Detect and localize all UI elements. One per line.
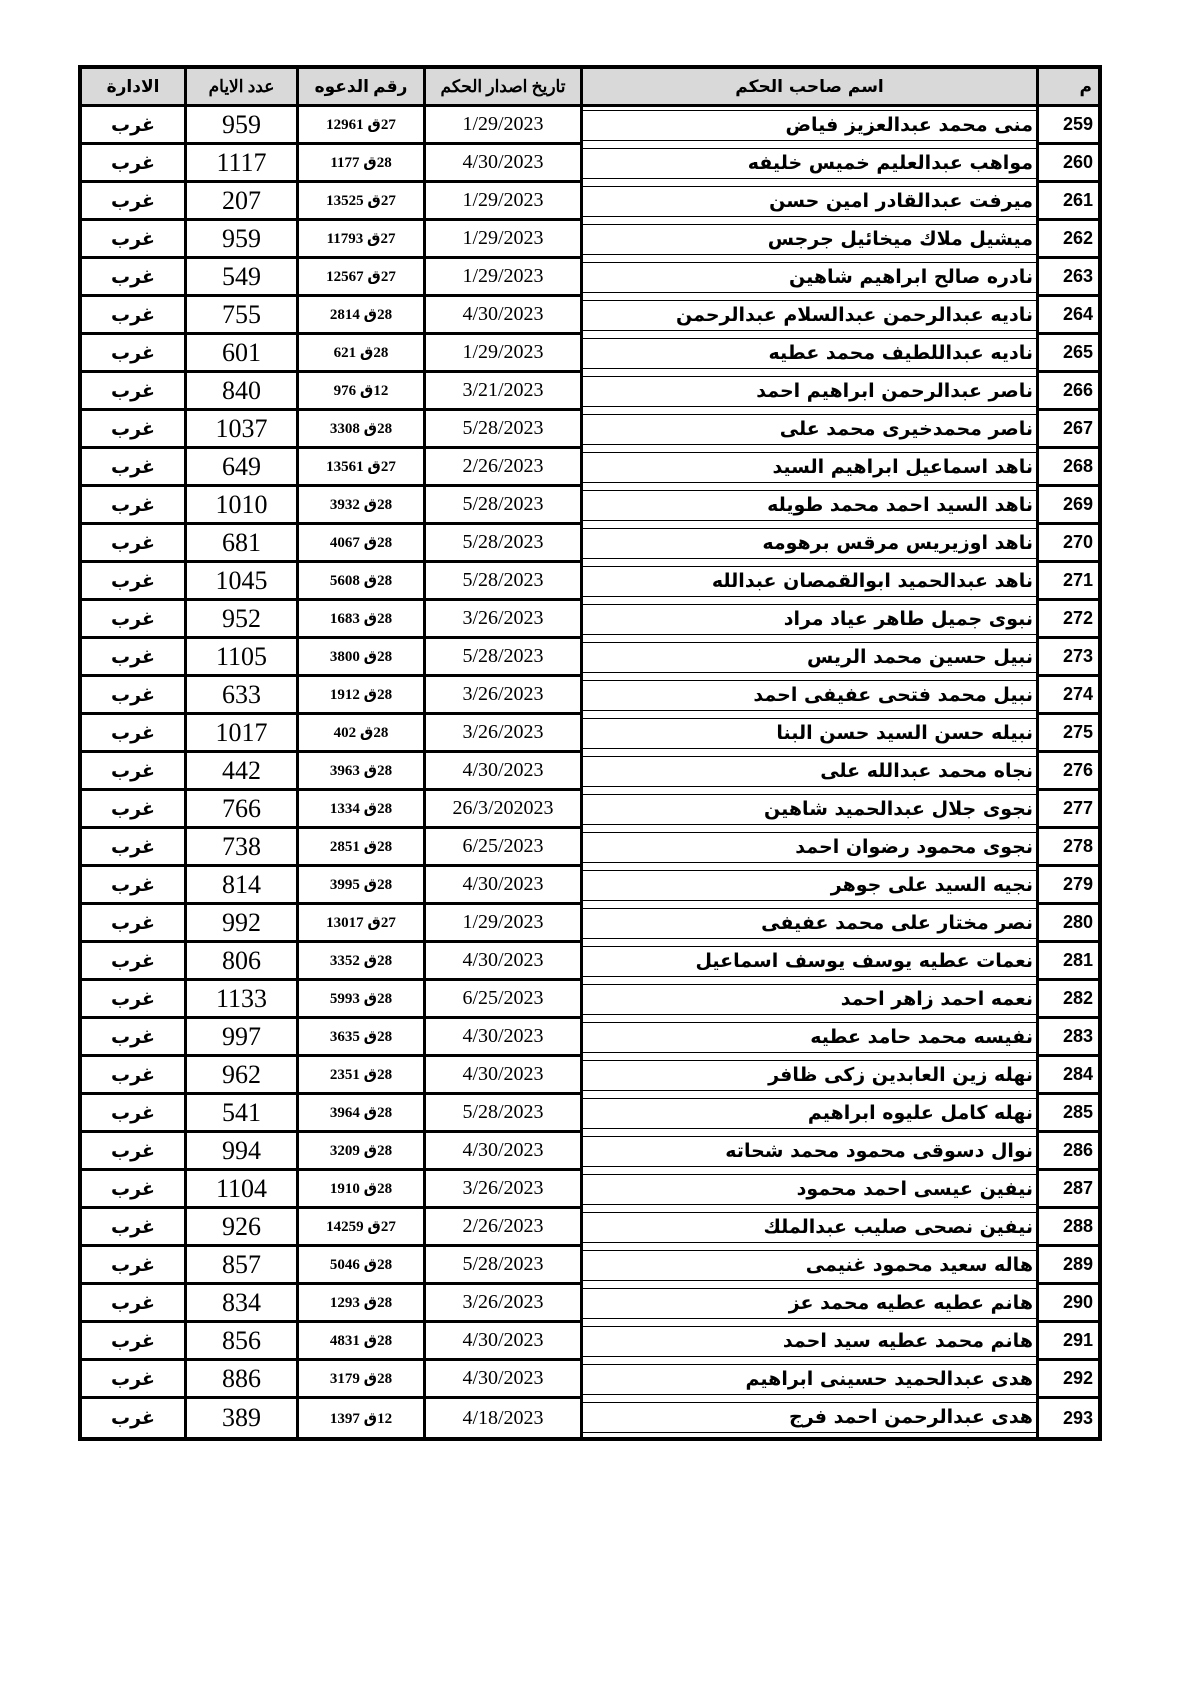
name-cell: نجوى محمود رضوان احمد: [580, 829, 1036, 867]
name-cell: ميشيل ملاك ميخائيل جرجس: [580, 221, 1036, 259]
serial-cell: 277: [1036, 791, 1098, 829]
case-number-cell: 28ق 1912: [296, 677, 423, 715]
days-cell: 541: [184, 1095, 296, 1133]
table-row: 290 هانم عطيه عطيه محمد عز 3/26/2023 28ق…: [82, 1285, 1098, 1323]
name-cell: ناهد عبدالحميد ابوالقمصان عبدالله: [580, 563, 1036, 601]
admin-cell: غرب: [82, 753, 184, 791]
days-cell: 207: [184, 183, 296, 221]
date-cell: 3/26/2023: [423, 1171, 580, 1209]
days-cell: 992: [184, 905, 296, 943]
admin-cell: غرب: [82, 411, 184, 449]
days-cell: 389: [184, 1399, 296, 1437]
table-row: 281 نعمات عطيه يوسف يوسف اسماعيل 4/30/20…: [82, 943, 1098, 981]
name-cell: نبيل حسين محمد الريس: [580, 639, 1036, 677]
serial-cell: 278: [1036, 829, 1098, 867]
table-row: 263 نادره صالح ابراهيم شاهين 1/29/2023 2…: [82, 259, 1098, 297]
name-cell: نبوى جميل طاهر عياد مراد: [580, 601, 1036, 639]
case-number-cell: 28ق 5993: [296, 981, 423, 1019]
serial-cell: 264: [1036, 297, 1098, 335]
serial-cell: 270: [1036, 525, 1098, 563]
case-number-cell: 28ق 3932: [296, 487, 423, 525]
case-number-cell: 27ق 13561: [296, 449, 423, 487]
table-row: 271 ناهد عبدالحميد ابوالقمصان عبدالله 5/…: [82, 563, 1098, 601]
date-cell: 3/26/2023: [423, 601, 580, 639]
days-cell: 1133: [184, 981, 296, 1019]
admin-cell: غرب: [82, 259, 184, 297]
name-text: منى محمد عبدالعزيز فياض: [583, 110, 1036, 141]
date-cell: 4/30/2023: [423, 867, 580, 905]
admin-cell: غرب: [82, 905, 184, 943]
name-text: نجاه محمد عبدالله على: [583, 756, 1036, 787]
days-cell: 549: [184, 259, 296, 297]
case-number-cell: 28ق 2851: [296, 829, 423, 867]
name-cell: ناهد السيد احمد محمد طويله: [580, 487, 1036, 525]
name-cell: ناديه عبدالرحمن عبدالسلام عبدالرحمن: [580, 297, 1036, 335]
name-cell: منى محمد عبدالعزيز فياض: [580, 107, 1036, 145]
date-cell: 6/25/2023: [423, 981, 580, 1019]
table-row: 291 هانم محمد عطيه سيد احمد 4/30/2023 28…: [82, 1323, 1098, 1361]
name-text: ناصر محمدخيرى محمد على: [583, 414, 1036, 445]
serial-cell: 266: [1036, 373, 1098, 411]
admin-cell: غرب: [82, 1247, 184, 1285]
admin-cell: غرب: [82, 715, 184, 753]
serial-cell: 265: [1036, 335, 1098, 373]
name-text: نهله زين العابدين زكى ظافر: [583, 1060, 1036, 1091]
date-cell: 1/29/2023: [423, 335, 580, 373]
name-cell: ناهد اوزيريس مرقس برهومه: [580, 525, 1036, 563]
date-cell: 1/29/2023: [423, 905, 580, 943]
table-row: 259 منى محمد عبدالعزيز فياض 1/29/2023 27…: [82, 107, 1098, 145]
name-cell: نيفين نصحى صليب عبدالملك: [580, 1209, 1036, 1247]
case-number-cell: 28ق 3179: [296, 1361, 423, 1399]
admin-cell: غرب: [82, 1285, 184, 1323]
days-cell: 962: [184, 1057, 296, 1095]
days-cell: 952: [184, 601, 296, 639]
serial-cell: 288: [1036, 1209, 1098, 1247]
serial-cell: 281: [1036, 943, 1098, 981]
days-cell: 959: [184, 107, 296, 145]
name-cell: نفيسه محمد حامد عطيه: [580, 1019, 1036, 1057]
name-text: نبيل حسين محمد الريس: [583, 642, 1036, 673]
name-cell: ناصر محمدخيرى محمد على: [580, 411, 1036, 449]
case-number-cell: 28ق 3352: [296, 943, 423, 981]
serial-cell: 276: [1036, 753, 1098, 791]
column-header-serial: م: [1036, 69, 1098, 107]
serial-cell: 262: [1036, 221, 1098, 259]
name-text: نبيل محمد فتحى عفيفى احمد: [583, 680, 1036, 711]
case-number-cell: 28ق 2351: [296, 1057, 423, 1095]
name-text: مواهب عبدالعليم خميس خليفه: [583, 148, 1036, 179]
case-number-cell: 27ق 13525: [296, 183, 423, 221]
case-number-cell: 28ق 621: [296, 335, 423, 373]
case-number-cell: 28ق 4067: [296, 525, 423, 563]
serial-cell: 283: [1036, 1019, 1098, 1057]
case-number-cell: 28ق 1910: [296, 1171, 423, 1209]
date-cell: 6/25/2023: [423, 829, 580, 867]
serial-cell: 267: [1036, 411, 1098, 449]
date-cell: 4/18/2023: [423, 1399, 580, 1437]
name-cell: نادره صالح ابراهيم شاهين: [580, 259, 1036, 297]
name-cell: هانم عطيه عطيه محمد عز: [580, 1285, 1036, 1323]
table-row: 289 هاله سعيد محمود غنيمى 5/28/2023 28ق …: [82, 1247, 1098, 1285]
admin-cell: غرب: [82, 943, 184, 981]
case-number-cell: 28ق 3209: [296, 1133, 423, 1171]
days-cell: 1017: [184, 715, 296, 753]
case-number-cell: 28ق 3635: [296, 1019, 423, 1057]
days-cell: 755: [184, 297, 296, 335]
name-text: ناهد السيد احمد محمد طويله: [583, 490, 1036, 521]
table-row: 275 نبيله حسن السيد حسن البنا 3/26/2023 …: [82, 715, 1098, 753]
admin-cell: غرب: [82, 1171, 184, 1209]
table-row: 265 ناديه عبداللطيف محمد عطيه 1/29/2023 …: [82, 335, 1098, 373]
name-cell: نعمات عطيه يوسف يوسف اسماعيل: [580, 943, 1036, 981]
admin-cell: غرب: [82, 107, 184, 145]
case-number-cell: 28ق 1683: [296, 601, 423, 639]
days-cell: 1037: [184, 411, 296, 449]
column-header-case-number: رقم الدعوه: [296, 69, 423, 107]
name-cell: نيفين عيسى احمد محمود: [580, 1171, 1036, 1209]
date-cell: 5/28/2023: [423, 487, 580, 525]
name-cell: هانم محمد عطيه سيد احمد: [580, 1323, 1036, 1361]
name-cell: نعمه احمد زاهر احمد: [580, 981, 1036, 1019]
table-row: 292 هدى عبدالحميد حسينى ابراهيم 4/30/202…: [82, 1361, 1098, 1399]
admin-cell: غرب: [82, 677, 184, 715]
admin-cell: غرب: [82, 829, 184, 867]
days-cell: 681: [184, 525, 296, 563]
admin-cell: غرب: [82, 791, 184, 829]
admin-cell: غرب: [82, 487, 184, 525]
admin-cell: غرب: [82, 525, 184, 563]
case-number-cell: 27ق 11793: [296, 221, 423, 259]
date-cell: 2/26/2023: [423, 449, 580, 487]
name-cell: نجوى جلال عبدالحميد شاهين: [580, 791, 1036, 829]
days-cell: 442: [184, 753, 296, 791]
admin-cell: غرب: [82, 449, 184, 487]
table-row: 286 نوال دسوقى محمود محمد شحاته 4/30/202…: [82, 1133, 1098, 1171]
serial-cell: 284: [1036, 1057, 1098, 1095]
name-text: نفيسه محمد حامد عطيه: [583, 1022, 1036, 1053]
case-number-cell: 27ق 14259: [296, 1209, 423, 1247]
table-row: 277 نجوى جلال عبدالحميد شاهين 26/3/20202…: [82, 791, 1098, 829]
name-text: نيفين عيسى احمد محمود: [583, 1174, 1036, 1205]
case-number-cell: 28ق 4831: [296, 1323, 423, 1361]
date-cell: 4/30/2023: [423, 943, 580, 981]
table-row: 279 نجيه السيد على جوهر 4/30/2023 28ق 39…: [82, 867, 1098, 905]
days-cell: 1117: [184, 145, 296, 183]
serial-cell: 260: [1036, 145, 1098, 183]
table-row: 260 مواهب عبدالعليم خميس خليفه 4/30/2023…: [82, 145, 1098, 183]
admin-cell: غرب: [82, 1095, 184, 1133]
date-cell: 3/21/2023: [423, 373, 580, 411]
days-cell: 997: [184, 1019, 296, 1057]
date-cell: 4/30/2023: [423, 1361, 580, 1399]
date-cell: 2/26/2023: [423, 1209, 580, 1247]
name-cell: نبيل محمد فتحى عفيفى احمد: [580, 677, 1036, 715]
case-number-cell: 28ق 3964: [296, 1095, 423, 1133]
serial-cell: 287: [1036, 1171, 1098, 1209]
date-cell: 5/28/2023: [423, 411, 580, 449]
serial-cell: 263: [1036, 259, 1098, 297]
days-cell: 857: [184, 1247, 296, 1285]
case-number-cell: 28ق 5046: [296, 1247, 423, 1285]
days-cell: 994: [184, 1133, 296, 1171]
name-text: ناديه عبداللطيف محمد عطيه: [583, 338, 1036, 369]
column-header-date: تاريخ اصدار الحكم: [423, 69, 580, 107]
table-row: 288 نيفين نصحى صليب عبدالملك 2/26/2023 2…: [82, 1209, 1098, 1247]
name-text: ناديه عبدالرحمن عبدالسلام عبدالرحمن: [583, 300, 1036, 331]
serial-cell: 273: [1036, 639, 1098, 677]
name-cell: نبيله حسن السيد حسن البنا: [580, 715, 1036, 753]
admin-cell: غرب: [82, 1133, 184, 1171]
date-cell: 5/28/2023: [423, 563, 580, 601]
name-text: نوال دسوقى محمود محمد شحاته: [583, 1136, 1036, 1167]
table-body: 259 منى محمد عبدالعزيز فياض 1/29/2023 27…: [82, 107, 1098, 1437]
case-number-cell: 28ق 3995: [296, 867, 423, 905]
column-header-days: عدد الايام: [184, 69, 296, 107]
date-cell: 3/26/2023: [423, 1285, 580, 1323]
serial-cell: 269: [1036, 487, 1098, 525]
name-cell: هدى عبدالحميد حسينى ابراهيم: [580, 1361, 1036, 1399]
name-cell: نهله كامل عليوه ابراهيم: [580, 1095, 1036, 1133]
name-text: هدى عبدالحميد حسينى ابراهيم: [583, 1364, 1036, 1395]
date-cell: 4/30/2023: [423, 1057, 580, 1095]
serial-cell: 290: [1036, 1285, 1098, 1323]
name-text: نعمه احمد زاهر احمد: [583, 984, 1036, 1015]
column-header-admin: الادارة: [82, 69, 184, 107]
days-cell: 1105: [184, 639, 296, 677]
admin-cell: غرب: [82, 601, 184, 639]
days-cell: 806: [184, 943, 296, 981]
name-text: هاله سعيد محمود غنيمى: [583, 1250, 1036, 1281]
name-cell: نجيه السيد على جوهر: [580, 867, 1036, 905]
admin-cell: غرب: [82, 1361, 184, 1399]
case-number-cell: 27ق 12567: [296, 259, 423, 297]
name-cell: نصر مختار على محمد عفيفى: [580, 905, 1036, 943]
date-cell: 4/30/2023: [423, 1133, 580, 1171]
days-cell: 959: [184, 221, 296, 259]
admin-cell: غرب: [82, 563, 184, 601]
case-number-cell: 28ق 3800: [296, 639, 423, 677]
name-text: ميرفت عبدالقادر امين حسن: [583, 186, 1036, 217]
table-row: 280 نصر مختار على محمد عفيفى 1/29/2023 2…: [82, 905, 1098, 943]
days-cell: 633: [184, 677, 296, 715]
name-cell: مواهب عبدالعليم خميس خليفه: [580, 145, 1036, 183]
date-cell: 4/30/2023: [423, 1323, 580, 1361]
name-text: نادره صالح ابراهيم شاهين: [583, 262, 1036, 293]
admin-cell: غرب: [82, 867, 184, 905]
name-cell: ناهد اسماعيل ابراهيم السيد: [580, 449, 1036, 487]
name-text: ناهد اسماعيل ابراهيم السيد: [583, 452, 1036, 483]
days-cell: 1010: [184, 487, 296, 525]
days-cell: 1045: [184, 563, 296, 601]
date-cell: 1/29/2023: [423, 221, 580, 259]
name-text: ناهد اوزيريس مرقس برهومه: [583, 528, 1036, 559]
date-cell: 4/30/2023: [423, 753, 580, 791]
admin-cell: غرب: [82, 1399, 184, 1437]
name-text: نجوى محمود رضوان احمد: [583, 832, 1036, 863]
table-row: 272 نبوى جميل طاهر عياد مراد 3/26/2023 2…: [82, 601, 1098, 639]
table-row: 282 نعمه احمد زاهر احمد 6/25/2023 28ق 59…: [82, 981, 1098, 1019]
table-row: 269 ناهد السيد احمد محمد طويله 5/28/2023…: [82, 487, 1098, 525]
judgments-table: م اسم صاحب الحكم تاريخ اصدار الحكم رقم ا…: [78, 65, 1102, 1441]
date-cell: 4/30/2023: [423, 297, 580, 335]
days-cell: 649: [184, 449, 296, 487]
table-row: 287 نيفين عيسى احمد محمود 3/26/2023 28ق …: [82, 1171, 1098, 1209]
date-cell: 3/26/2023: [423, 677, 580, 715]
case-number-cell: 28ق 5608: [296, 563, 423, 601]
admin-cell: غرب: [82, 373, 184, 411]
admin-cell: غرب: [82, 1209, 184, 1247]
name-text: نهله كامل عليوه ابراهيم: [583, 1098, 1036, 1129]
admin-cell: غرب: [82, 981, 184, 1019]
table-row: 264 ناديه عبدالرحمن عبدالسلام عبدالرحمن …: [82, 297, 1098, 335]
serial-cell: 261: [1036, 183, 1098, 221]
serial-cell: 285: [1036, 1095, 1098, 1133]
table-row: 261 ميرفت عبدالقادر امين حسن 1/29/2023 2…: [82, 183, 1098, 221]
table-row: 278 نجوى محمود رضوان احمد 6/25/2023 28ق …: [82, 829, 1098, 867]
admin-cell: غرب: [82, 1019, 184, 1057]
serial-cell: 274: [1036, 677, 1098, 715]
case-number-cell: 12ق 976: [296, 373, 423, 411]
days-cell: 814: [184, 867, 296, 905]
case-number-cell: 28ق 1293: [296, 1285, 423, 1323]
name-text: نيفين نصحى صليب عبدالملك: [583, 1212, 1036, 1243]
name-text: هدى عبدالرحمن احمد فرج: [583, 1402, 1036, 1433]
table-row: 293 هدى عبدالرحمن احمد فرج 4/18/2023 12ق…: [82, 1399, 1098, 1437]
serial-cell: 268: [1036, 449, 1098, 487]
days-cell: 926: [184, 1209, 296, 1247]
admin-cell: غرب: [82, 297, 184, 335]
date-cell: 5/28/2023: [423, 639, 580, 677]
table-row: 266 ناصر عبدالرحمن ابراهيم احمد 3/21/202…: [82, 373, 1098, 411]
table-row: 270 ناهد اوزيريس مرقس برهومه 5/28/2023 2…: [82, 525, 1098, 563]
case-number-cell: 28ق 2814: [296, 297, 423, 335]
table-row: 267 ناصر محمدخيرى محمد على 5/28/2023 28ق…: [82, 411, 1098, 449]
column-header-name: اسم صاحب الحكم: [580, 69, 1036, 107]
name-cell: هاله سعيد محمود غنيمى: [580, 1247, 1036, 1285]
admin-cell: غرب: [82, 1057, 184, 1095]
days-cell: 1104: [184, 1171, 296, 1209]
admin-cell: غرب: [82, 221, 184, 259]
header-row: م اسم صاحب الحكم تاريخ اصدار الحكم رقم ا…: [82, 69, 1098, 107]
days-cell: 856: [184, 1323, 296, 1361]
date-cell: 3/26/2023: [423, 715, 580, 753]
name-text: نجيه السيد على جوهر: [583, 870, 1036, 901]
days-cell: 766: [184, 791, 296, 829]
case-number-cell: 28ق 1177: [296, 145, 423, 183]
table-row: 262 ميشيل ملاك ميخائيل جرجس 1/29/2023 27…: [82, 221, 1098, 259]
serial-cell: 286: [1036, 1133, 1098, 1171]
serial-cell: 279: [1036, 867, 1098, 905]
name-text: ناصر عبدالرحمن ابراهيم احمد: [583, 376, 1036, 407]
case-number-cell: 12ق 1397: [296, 1399, 423, 1437]
serial-cell: 280: [1036, 905, 1098, 943]
name-text: هانم عطيه عطيه محمد عز: [583, 1288, 1036, 1319]
table-row: 284 نهله زين العابدين زكى ظافر 4/30/2023…: [82, 1057, 1098, 1095]
name-text: نصر مختار على محمد عفيفى: [583, 908, 1036, 939]
name-text: ميشيل ملاك ميخائيل جرجس: [583, 224, 1036, 255]
admin-cell: غرب: [82, 183, 184, 221]
name-cell: ناصر عبدالرحمن ابراهيم احمد: [580, 373, 1036, 411]
serial-cell: 282: [1036, 981, 1098, 1019]
name-text: نبوى جميل طاهر عياد مراد: [583, 604, 1036, 635]
admin-cell: غرب: [82, 639, 184, 677]
date-cell: 1/29/2023: [423, 183, 580, 221]
date-cell: 1/29/2023: [423, 107, 580, 145]
case-number-cell: 28ق 402: [296, 715, 423, 753]
serial-cell: 259: [1036, 107, 1098, 145]
date-cell: 26/3/202023: [423, 791, 580, 829]
date-cell: 4/30/2023: [423, 1019, 580, 1057]
table-row: 268 ناهد اسماعيل ابراهيم السيد 2/26/2023…: [82, 449, 1098, 487]
serial-cell: 293: [1036, 1399, 1098, 1437]
case-number-cell: 27ق 13017: [296, 905, 423, 943]
name-text: نعمات عطيه يوسف يوسف اسماعيل: [583, 946, 1036, 977]
serial-cell: 272: [1036, 601, 1098, 639]
table-row: 273 نبيل حسين محمد الريس 5/28/2023 28ق 3…: [82, 639, 1098, 677]
days-cell: 886: [184, 1361, 296, 1399]
name-cell: نهله زين العابدين زكى ظافر: [580, 1057, 1036, 1095]
case-number-cell: 28ق 3963: [296, 753, 423, 791]
days-cell: 738: [184, 829, 296, 867]
table-row: 283 نفيسه محمد حامد عطيه 4/30/2023 28ق 3…: [82, 1019, 1098, 1057]
name-cell: ميرفت عبدالقادر امين حسن: [580, 183, 1036, 221]
name-text: هانم محمد عطيه سيد احمد: [583, 1326, 1036, 1357]
name-cell: نجاه محمد عبدالله على: [580, 753, 1036, 791]
case-number-cell: 28ق 1334: [296, 791, 423, 829]
date-cell: 5/28/2023: [423, 1247, 580, 1285]
name-text: نجوى جلال عبدالحميد شاهين: [583, 794, 1036, 825]
serial-cell: 289: [1036, 1247, 1098, 1285]
name-cell: نوال دسوقى محمود محمد شحاته: [580, 1133, 1036, 1171]
date-cell: 4/30/2023: [423, 145, 580, 183]
serial-cell: 291: [1036, 1323, 1098, 1361]
name-text: ناهد عبدالحميد ابوالقمصان عبدالله: [583, 566, 1036, 597]
date-cell: 1/29/2023: [423, 259, 580, 297]
days-cell: 834: [184, 1285, 296, 1323]
table-row: 285 نهله كامل عليوه ابراهيم 5/28/2023 28…: [82, 1095, 1098, 1133]
admin-cell: غرب: [82, 145, 184, 183]
serial-cell: 275: [1036, 715, 1098, 753]
admin-cell: غرب: [82, 335, 184, 373]
admin-cell: غرب: [82, 1323, 184, 1361]
case-number-cell: 27ق 12961: [296, 107, 423, 145]
table-row: 274 نبيل محمد فتحى عفيفى احمد 3/26/2023 …: [82, 677, 1098, 715]
table-row: 276 نجاه محمد عبدالله على 4/30/2023 28ق …: [82, 753, 1098, 791]
name-cell: ناديه عبداللطيف محمد عطيه: [580, 335, 1036, 373]
name-cell: هدى عبدالرحمن احمد فرج: [580, 1399, 1036, 1437]
days-cell: 601: [184, 335, 296, 373]
serial-cell: 292: [1036, 1361, 1098, 1399]
case-number-cell: 28ق 3308: [296, 411, 423, 449]
days-cell: 840: [184, 373, 296, 411]
serial-cell: 271: [1036, 563, 1098, 601]
name-text: نبيله حسن السيد حسن البنا: [583, 718, 1036, 749]
date-cell: 5/28/2023: [423, 1095, 580, 1133]
date-cell: 5/28/2023: [423, 525, 580, 563]
